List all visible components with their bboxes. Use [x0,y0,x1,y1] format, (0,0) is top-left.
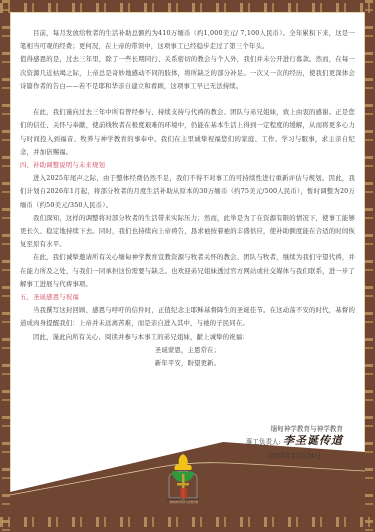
blessing-line-1: 圣诞蒙恩，主恩常在； [20,344,355,357]
signoff-block: 缅甸神学教育与神学教育 事工负责人: 李圣诞传道 2025年12月24日 [246,423,343,462]
paragraph-christmas: 当我撰写这封回顾、感恩与呼吁的信件时，正值纪念主耶稣基督降生的圣诞佳节。在这动荡… [20,304,355,330]
paragraph-gratitude: 值得感恩的是，过去三年里，除了一些长期同行、关系密切的教会与个人外，我们并未公开… [20,53,355,93]
ornament-border-bottom [0,517,375,527]
paragraph-gap [20,93,355,106]
logo-caption: 缅甸神学教育与宣教资源 [158,501,210,504]
paragraph-adjustment: 进入2025年尾声之际，由于整体经费仍然不足，我们不得不对事工的可持续性进行重新… [20,172,355,212]
paragraph-understanding: 我们深知，这样的调整将对部分牧者的生活带来实际压力；然而，此举是为了在资源有限的… [20,212,355,252]
section-heading-5: 五、圣诞感恩与祝福 [20,291,355,304]
section-heading-4: 四、补助调整说明与未来规划 [20,159,355,172]
paragraph-blessing-intro: 因此，谨此向所有关心、阅读并参与本事工的弟兄姐妹，献上诚挚的祝福： [20,331,355,344]
signer-label: 事工负责人: [246,438,281,446]
letter-body: 目前，每月发放给牧者的生活补助总额约为410万缅币（约1,000美元/ 7,10… [20,27,355,370]
blessing-line-2: 新年平安，盼望更新。 [20,357,355,370]
letter-date: 2025年12月24日 [246,450,343,462]
letter-frame: 目前，每月发放给牧者的生活补助总额约为410万缅币（约1,000美元/ 7,10… [0,0,375,532]
paragraph-thanks: 在此，我们谨向过去三年中所有曾经参与、持续支持与代祷的教会、团队与弟兄姐妹，致上… [20,106,355,159]
ornament-border-top [0,3,375,13]
ornament-border-right [365,0,373,532]
paragraph-invitation: 在此，我们诚挚邀请所有关心缅甸神学教育宣教资源与牧者关怀的教会、团队与牧者，继续… [20,251,355,291]
ornament-border-left [2,0,10,532]
signer-row: 事工负责人: 李圣诞传道 [246,435,343,448]
paragraph-monthly-support: 目前，每月发放给牧者的生活补助总额约为410万缅币（约1,000美元/ 7,10… [20,27,355,53]
signer-signature: 李圣诞传道 [283,434,343,447]
